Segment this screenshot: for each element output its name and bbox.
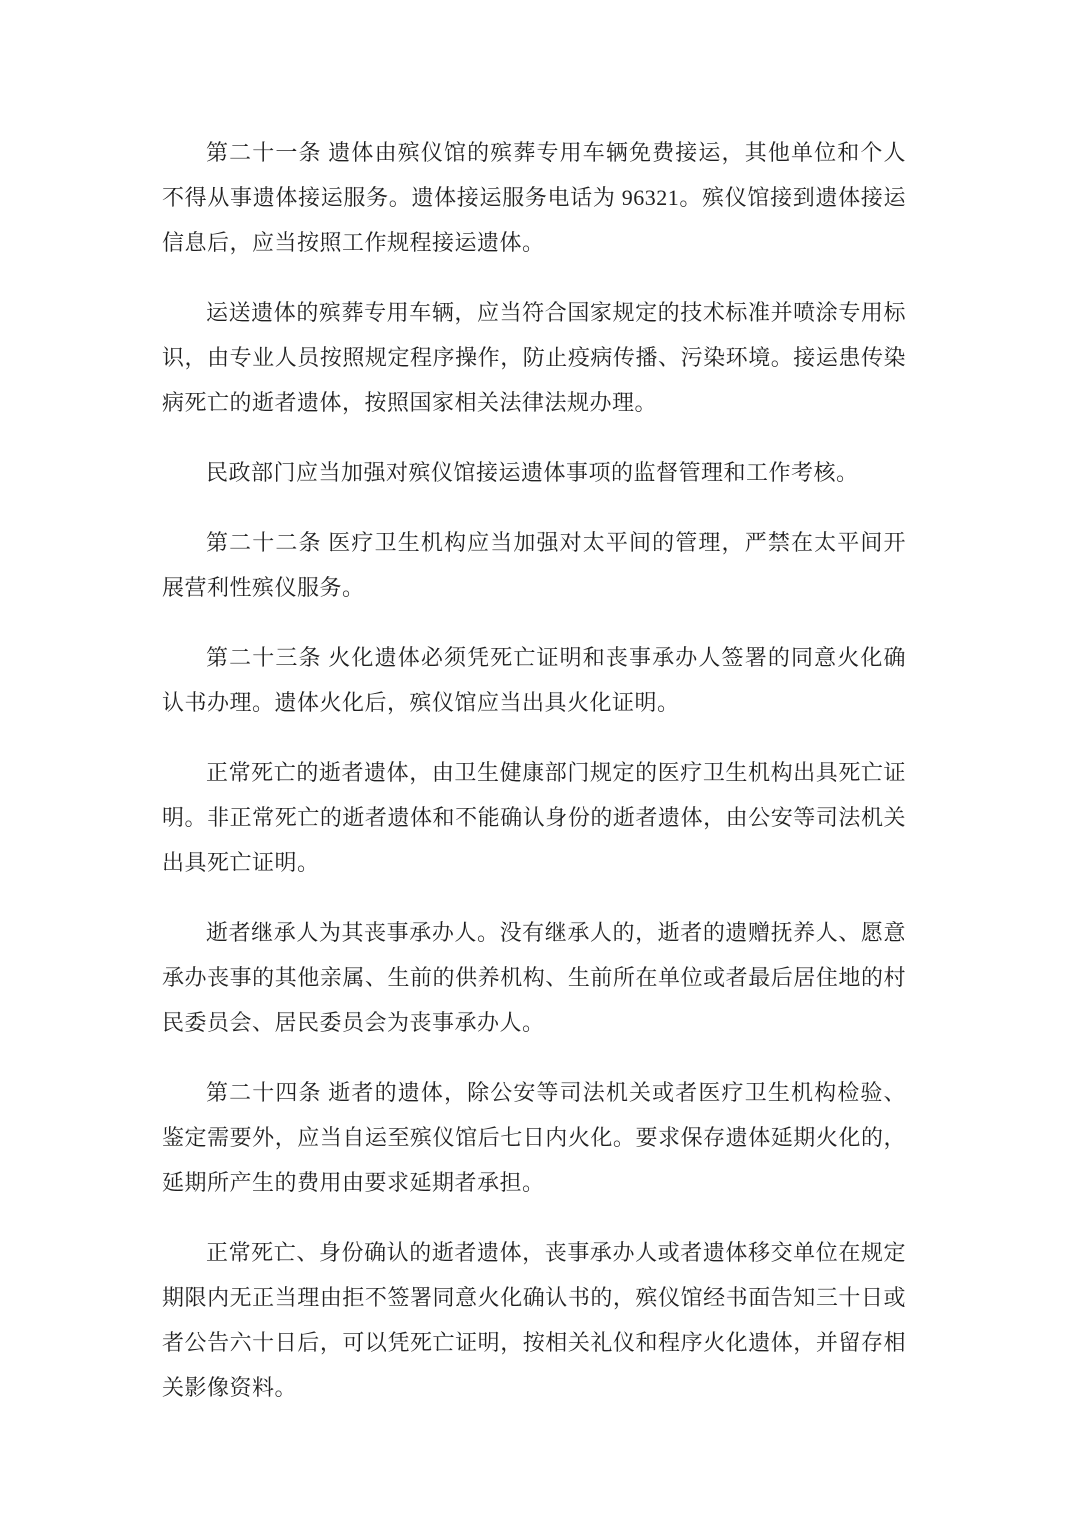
paragraph-hearse-vehicle-standards: 运送遗体的殡葬专用车辆，应当符合国家规定的技术标准并喷涂专用标识，由专业人员按照… (162, 290, 906, 425)
document-text-block: 第二十一条 遗体由殡仪馆的殡葬专用车辆免费接运，其他单位和个人不得从事遗体接运服… (162, 130, 906, 1435)
paragraph-article-22-mortuary-management: 第二十二条 医疗卫生机构应当加强对太平间的管理，严禁在太平间开展营利性殡仪服务。 (162, 520, 906, 610)
paragraph-article-23-cremation-certificate: 第二十三条 火化遗体必须凭死亡证明和丧事承办人签署的同意火化确认书办理。遗体火化… (162, 635, 906, 725)
paragraph-article-24-cremation-deadline: 第二十四条 逝者的遗体，除公安等司法机关或者医疗卫生机构检验、鉴定需要外，应当自… (162, 1070, 906, 1205)
paragraph-refusal-to-sign-procedure: 正常死亡、身份确认的逝者遗体，丧事承办人或者遗体移交单位在规定期限内无正当理由拒… (162, 1230, 906, 1410)
paragraph-funeral-undertaker-definition: 逝者继承人为其丧事承办人。没有继承人的，逝者的遗赠抚养人、愿意承办丧事的其他亲属… (162, 910, 906, 1045)
paragraph-article-21-body-transport: 第二十一条 遗体由殡仪馆的殡葬专用车辆免费接运，其他单位和个人不得从事遗体接运服… (162, 130, 906, 265)
paragraph-death-certificate-issuance: 正常死亡的逝者遗体，由卫生健康部门规定的医疗卫生机构出具死亡证明。非正常死亡的逝… (162, 750, 906, 885)
document-page: 第二十一条 遗体由殡仪馆的殡葬专用车辆免费接运，其他单位和个人不得从事遗体接运服… (0, 0, 1074, 1520)
paragraph-civil-affairs-supervision: 民政部门应当加强对殡仪馆接运遗体事项的监督管理和工作考核。 (162, 450, 906, 495)
